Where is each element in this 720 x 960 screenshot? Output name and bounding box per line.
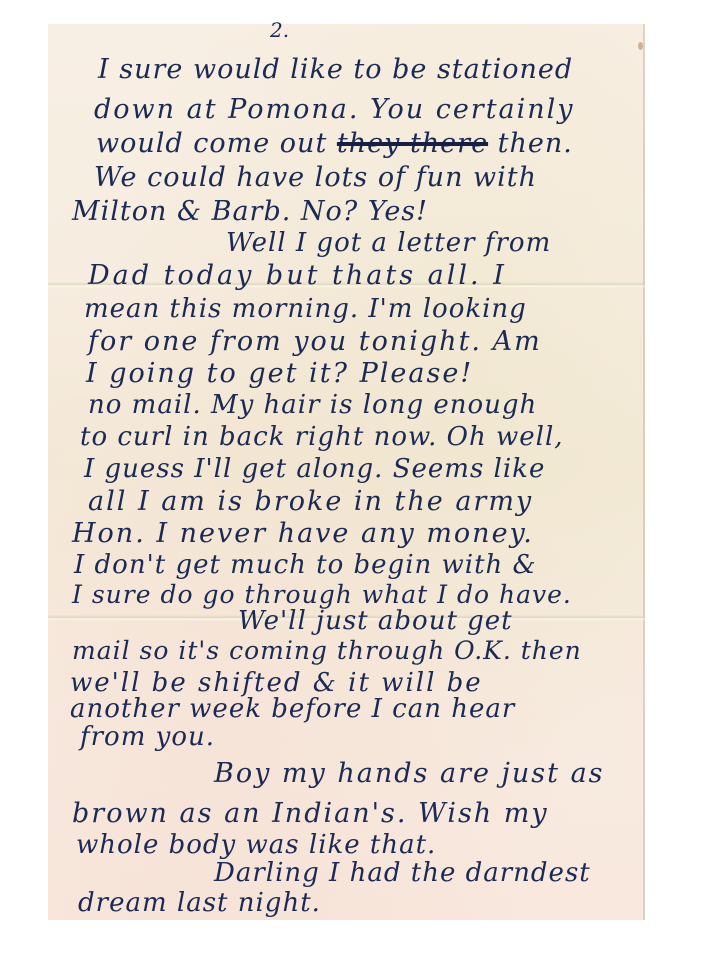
handwritten-line: Dad today but thats all. I bbox=[88, 262, 507, 289]
handwritten-line: whole body was like that. bbox=[76, 832, 436, 858]
handwritten-line: We'll just about get bbox=[238, 608, 513, 634]
handwritten-line: Well I got a letter from bbox=[226, 230, 551, 256]
handwritten-line: Milton & Barb. No? Yes! bbox=[72, 198, 428, 225]
handwritten-line: We could have lots of fun with bbox=[94, 164, 537, 191]
handwritten-text: would come out bbox=[96, 128, 327, 159]
handwritten-line: I don't get much to begin with & bbox=[74, 552, 537, 578]
handwritten-line: from you. bbox=[80, 724, 215, 750]
handwritten-line: another week before I can hear bbox=[70, 696, 515, 722]
struck-through-text: they there bbox=[337, 128, 488, 159]
handwritten-line: we'll be shifted & it will be bbox=[70, 670, 483, 696]
handwritten-line: I guess I'll get along. Seems like bbox=[84, 456, 545, 482]
handwritten-line: for one from you tonight. Am bbox=[88, 328, 542, 355]
handwritten-line: Hon. I never have any money. bbox=[72, 520, 534, 547]
handwritten-line: I going to get it? Please! bbox=[86, 360, 473, 387]
handwritten-line: mean this morning. I'm looking bbox=[84, 296, 527, 322]
handwritten-line: Darling I had the darndest bbox=[214, 860, 591, 886]
handwritten-line: would come out they there then. bbox=[96, 130, 573, 157]
handwritten-line: no mail. My hair is long enough bbox=[88, 392, 537, 418]
handwritten-line: mail so it's coming through O.K. then bbox=[72, 638, 582, 663]
handwritten-line: Boy my hands are just as bbox=[214, 760, 605, 787]
handwritten-text: then. bbox=[498, 128, 573, 159]
handwritten-line: I sure would like to be stationed bbox=[98, 56, 573, 83]
handwritten-line: all I am is broke in the army bbox=[88, 488, 533, 515]
paper-stain bbox=[638, 42, 643, 50]
letter-page: 2. I sure would like to be stationed dow… bbox=[48, 24, 645, 920]
handwritten-line: dream last night. bbox=[78, 890, 321, 916]
page-number: 2. bbox=[270, 18, 289, 42]
handwritten-line: I sure do go through what I do have. bbox=[72, 582, 572, 607]
handwritten-line: brown as an Indian's. Wish my bbox=[72, 800, 549, 827]
handwritten-line: down at Pomona. You certainly bbox=[94, 96, 575, 123]
handwritten-line: to curl in back right now. Oh well, bbox=[80, 424, 564, 450]
